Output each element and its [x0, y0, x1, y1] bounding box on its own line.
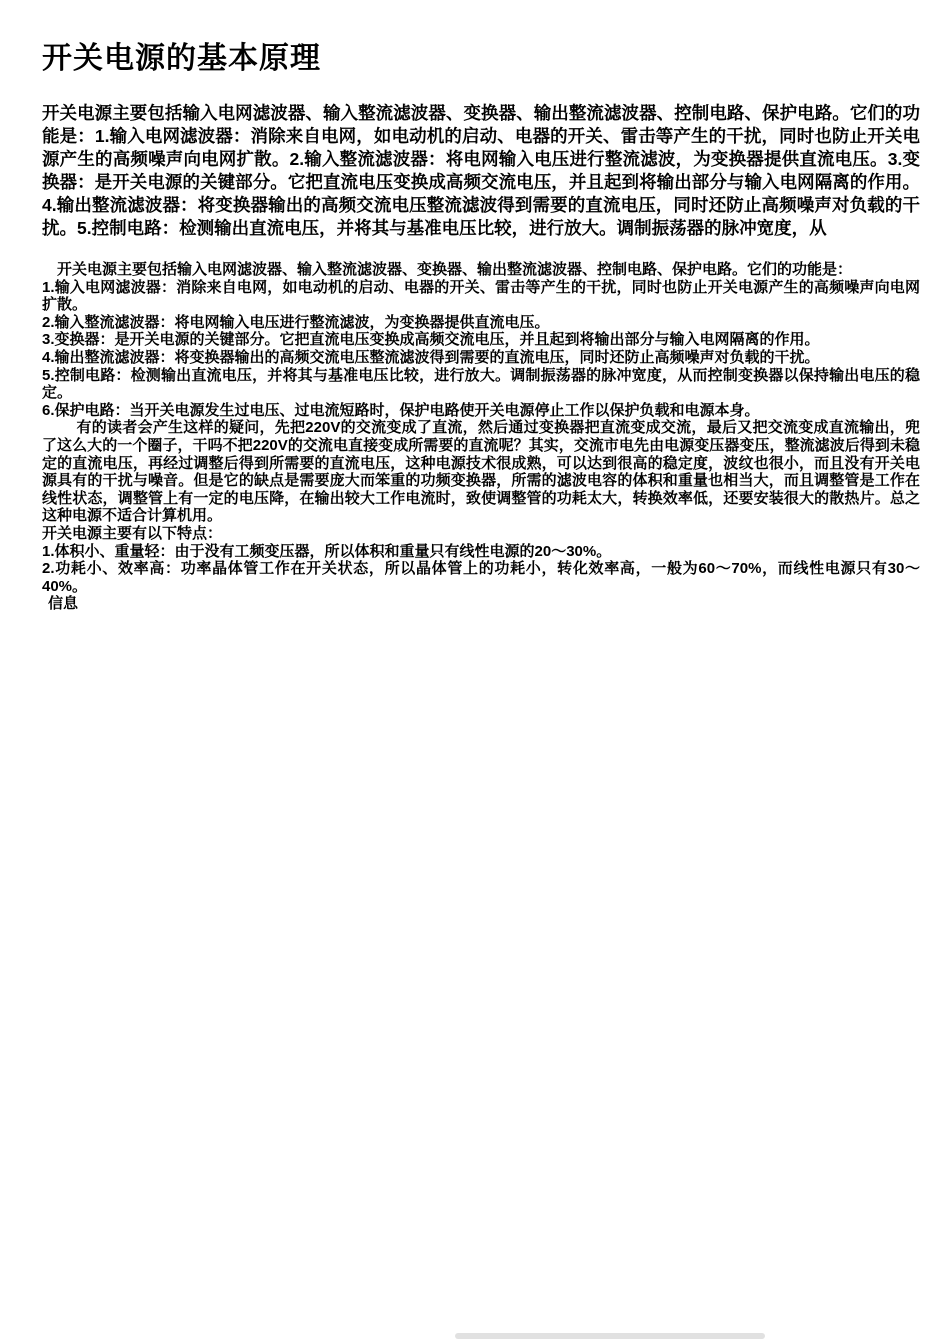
feature-item-2: 2.功耗小、效率高：功率晶体管工作在开关状态，所以晶体管上的功耗小，转化效率高，… [42, 560, 920, 595]
function-item-6: 6.保护电路：当开关电源发生过电压、过电流短路时，保护电路使开关电源停止工作以保… [42, 402, 920, 420]
function-item-4: 4.输出整流滤波器：将变换器输出的高频交流电压整流滤波得到需要的直流电压，同时还… [42, 349, 920, 367]
function-item-5: 5.控制电路：检测输出直流电压，并将其与基准电压比较，进行放大。调制振荡器的脉冲… [42, 367, 920, 402]
feature-item-1: 1.体积小、重量轻：由于没有工频变压器，所以体积和重量只有线性电源的20～30%… [42, 543, 920, 561]
function-item-2: 2.输入整流滤波器：将电网输入电压进行整流滤波，为变换器提供直流电压。 [42, 314, 920, 332]
body-text-block: 开关电源主要包括输入电网滤波器、输入整流滤波器、变换器、输出整流滤波器、控制电路… [42, 261, 920, 613]
document-page: 开关电源的基本原理 开关电源主要包括输入电网滤波器、输入整流滤波器、变换器、输出… [0, 0, 950, 613]
page-title: 开关电源的基本原理 [42, 42, 920, 76]
intro-paragraph: 开关电源主要包括输入电网滤波器、输入整流滤波器、变换器、输出整流滤波器、控制电路… [42, 102, 920, 240]
function-item-3: 3.变换器：是开关电源的关键部分。它把直流电压变换成高频交流电压，并且起到将输出… [42, 331, 920, 349]
overview-line: 开关电源主要包括输入电网滤波器、输入整流滤波器、变换器、输出整流滤波器、控制电路… [42, 261, 920, 279]
footer-note: 信息 [42, 595, 920, 613]
function-item-1: 1.输入电网滤波器：消除来自电网，如电动机的启动、电器的开关、雷击等产生的干扰，… [42, 279, 920, 314]
features-heading: 开关电源主要有以下特点： [42, 525, 920, 543]
bottom-bar [455, 1333, 765, 1339]
discussion-paragraph: 有的读者会产生这样的疑问，先把220V的交流变成了直流，然后通过变换器把直流变成… [42, 419, 920, 525]
